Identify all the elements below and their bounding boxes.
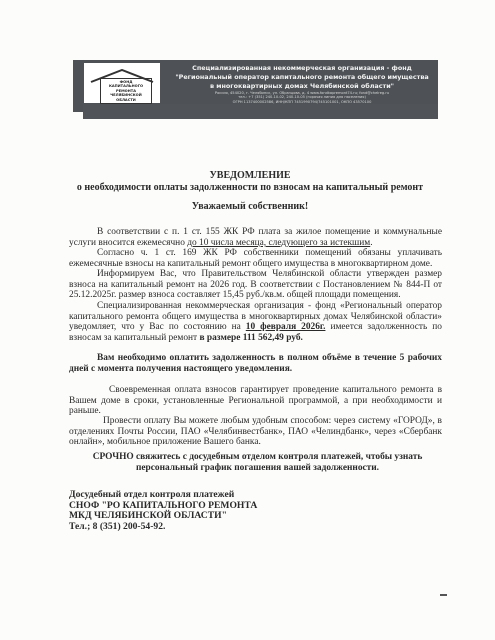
p4-date: 10 февраля 2026г. bbox=[246, 322, 326, 332]
document-title-block: УВЕДОМЛЕНИЕ о необходимости оплаты задол… bbox=[60, 170, 440, 194]
org-name-line-2: "Региональный оператор капитального ремо… bbox=[168, 73, 436, 82]
fund-logo: ФОНД КАПИТАЛЬНОГО РЕМОНТА ЧЕЛЯБИНСКОЙ ОБ… bbox=[84, 63, 160, 103]
letterhead-banner: ФОНД КАПИТАЛЬНОГО РЕМОНТА ЧЕЛЯБИНСКОЙ ОБ… bbox=[73, 60, 438, 119]
org-name-line-1: Специализированная некоммерческая органи… bbox=[168, 64, 436, 73]
scan-artifact-mark bbox=[440, 594, 447, 596]
paragraph-obligation: Согласно ч. 1 ст. 169 ЖК РФ собственники… bbox=[69, 248, 442, 269]
debt-amount: в размере 111 562,49 руб. bbox=[200, 333, 303, 343]
urgent-label: СРОЧНО bbox=[93, 452, 134, 462]
org-name-line-3: в многоквартирных домах Челябинской обла… bbox=[168, 82, 436, 91]
signature-department: Досудебный отдел контроля платежей bbox=[69, 490, 329, 501]
salutation: Уважаемый собственник! bbox=[60, 201, 440, 212]
org-registration-ids: ОГРН 1137400002586, ИНН/КПП 7451990794/7… bbox=[168, 100, 436, 104]
paragraph-debt-notice: Специализированная некоммерческая органи… bbox=[69, 301, 442, 344]
signature-phone: Тел.; 8 (351) 200-54-92. bbox=[69, 522, 329, 533]
paragraph-timely-payment: Своевременная оплата взносов гарантирует… bbox=[69, 385, 442, 417]
logo-line-2: КАПИТАЛЬНОГО РЕМОНТА bbox=[101, 84, 151, 93]
scanned-page: ФОНД КАПИТАЛЬНОГО РЕМОНТА ЧЕЛЯБИНСКОЙ ОБ… bbox=[0, 0, 495, 640]
urgent-text: свяжитесь с досудебным отделом контроля … bbox=[134, 452, 423, 473]
banner-bottom-strip bbox=[83, 104, 438, 119]
p1-text-b: . bbox=[370, 238, 372, 248]
organization-header: Специализированная некоммерческая органи… bbox=[168, 64, 436, 104]
p1-deadline: до 10 числа месяца, следующего за истекш… bbox=[187, 238, 370, 248]
paragraph-payment-methods: Провести оплату Вы можете любым удобным … bbox=[69, 416, 442, 448]
document-subtitle: о необходимости оплаты задолженности по … bbox=[60, 182, 440, 194]
paragraph-urgent-contact: СРОЧНО свяжитесь с досудебным отделом ко… bbox=[90, 452, 425, 473]
paragraph-contribution-rate: Информируем Вас, что Правительством Челя… bbox=[69, 269, 442, 301]
paragraph-payment-deadline: В соответствии с п. 1 ст. 155 ЖК РФ плат… bbox=[69, 227, 442, 248]
signature-block: Досудебный отдел контроля платежей СНОФ … bbox=[69, 490, 329, 532]
logo-line-3: ЧЕЛЯБИНСКОЙ ОБЛАСТИ bbox=[101, 93, 151, 102]
paragraph-payment-warning: Вам необходимо оплатить задолженность в … bbox=[69, 353, 442, 374]
logo-text: ФОНД КАПИТАЛЬНОГО РЕМОНТА ЧЕЛЯБИНСКОЙ ОБ… bbox=[100, 78, 152, 104]
document-title: УВЕДОМЛЕНИЕ bbox=[60, 170, 440, 182]
